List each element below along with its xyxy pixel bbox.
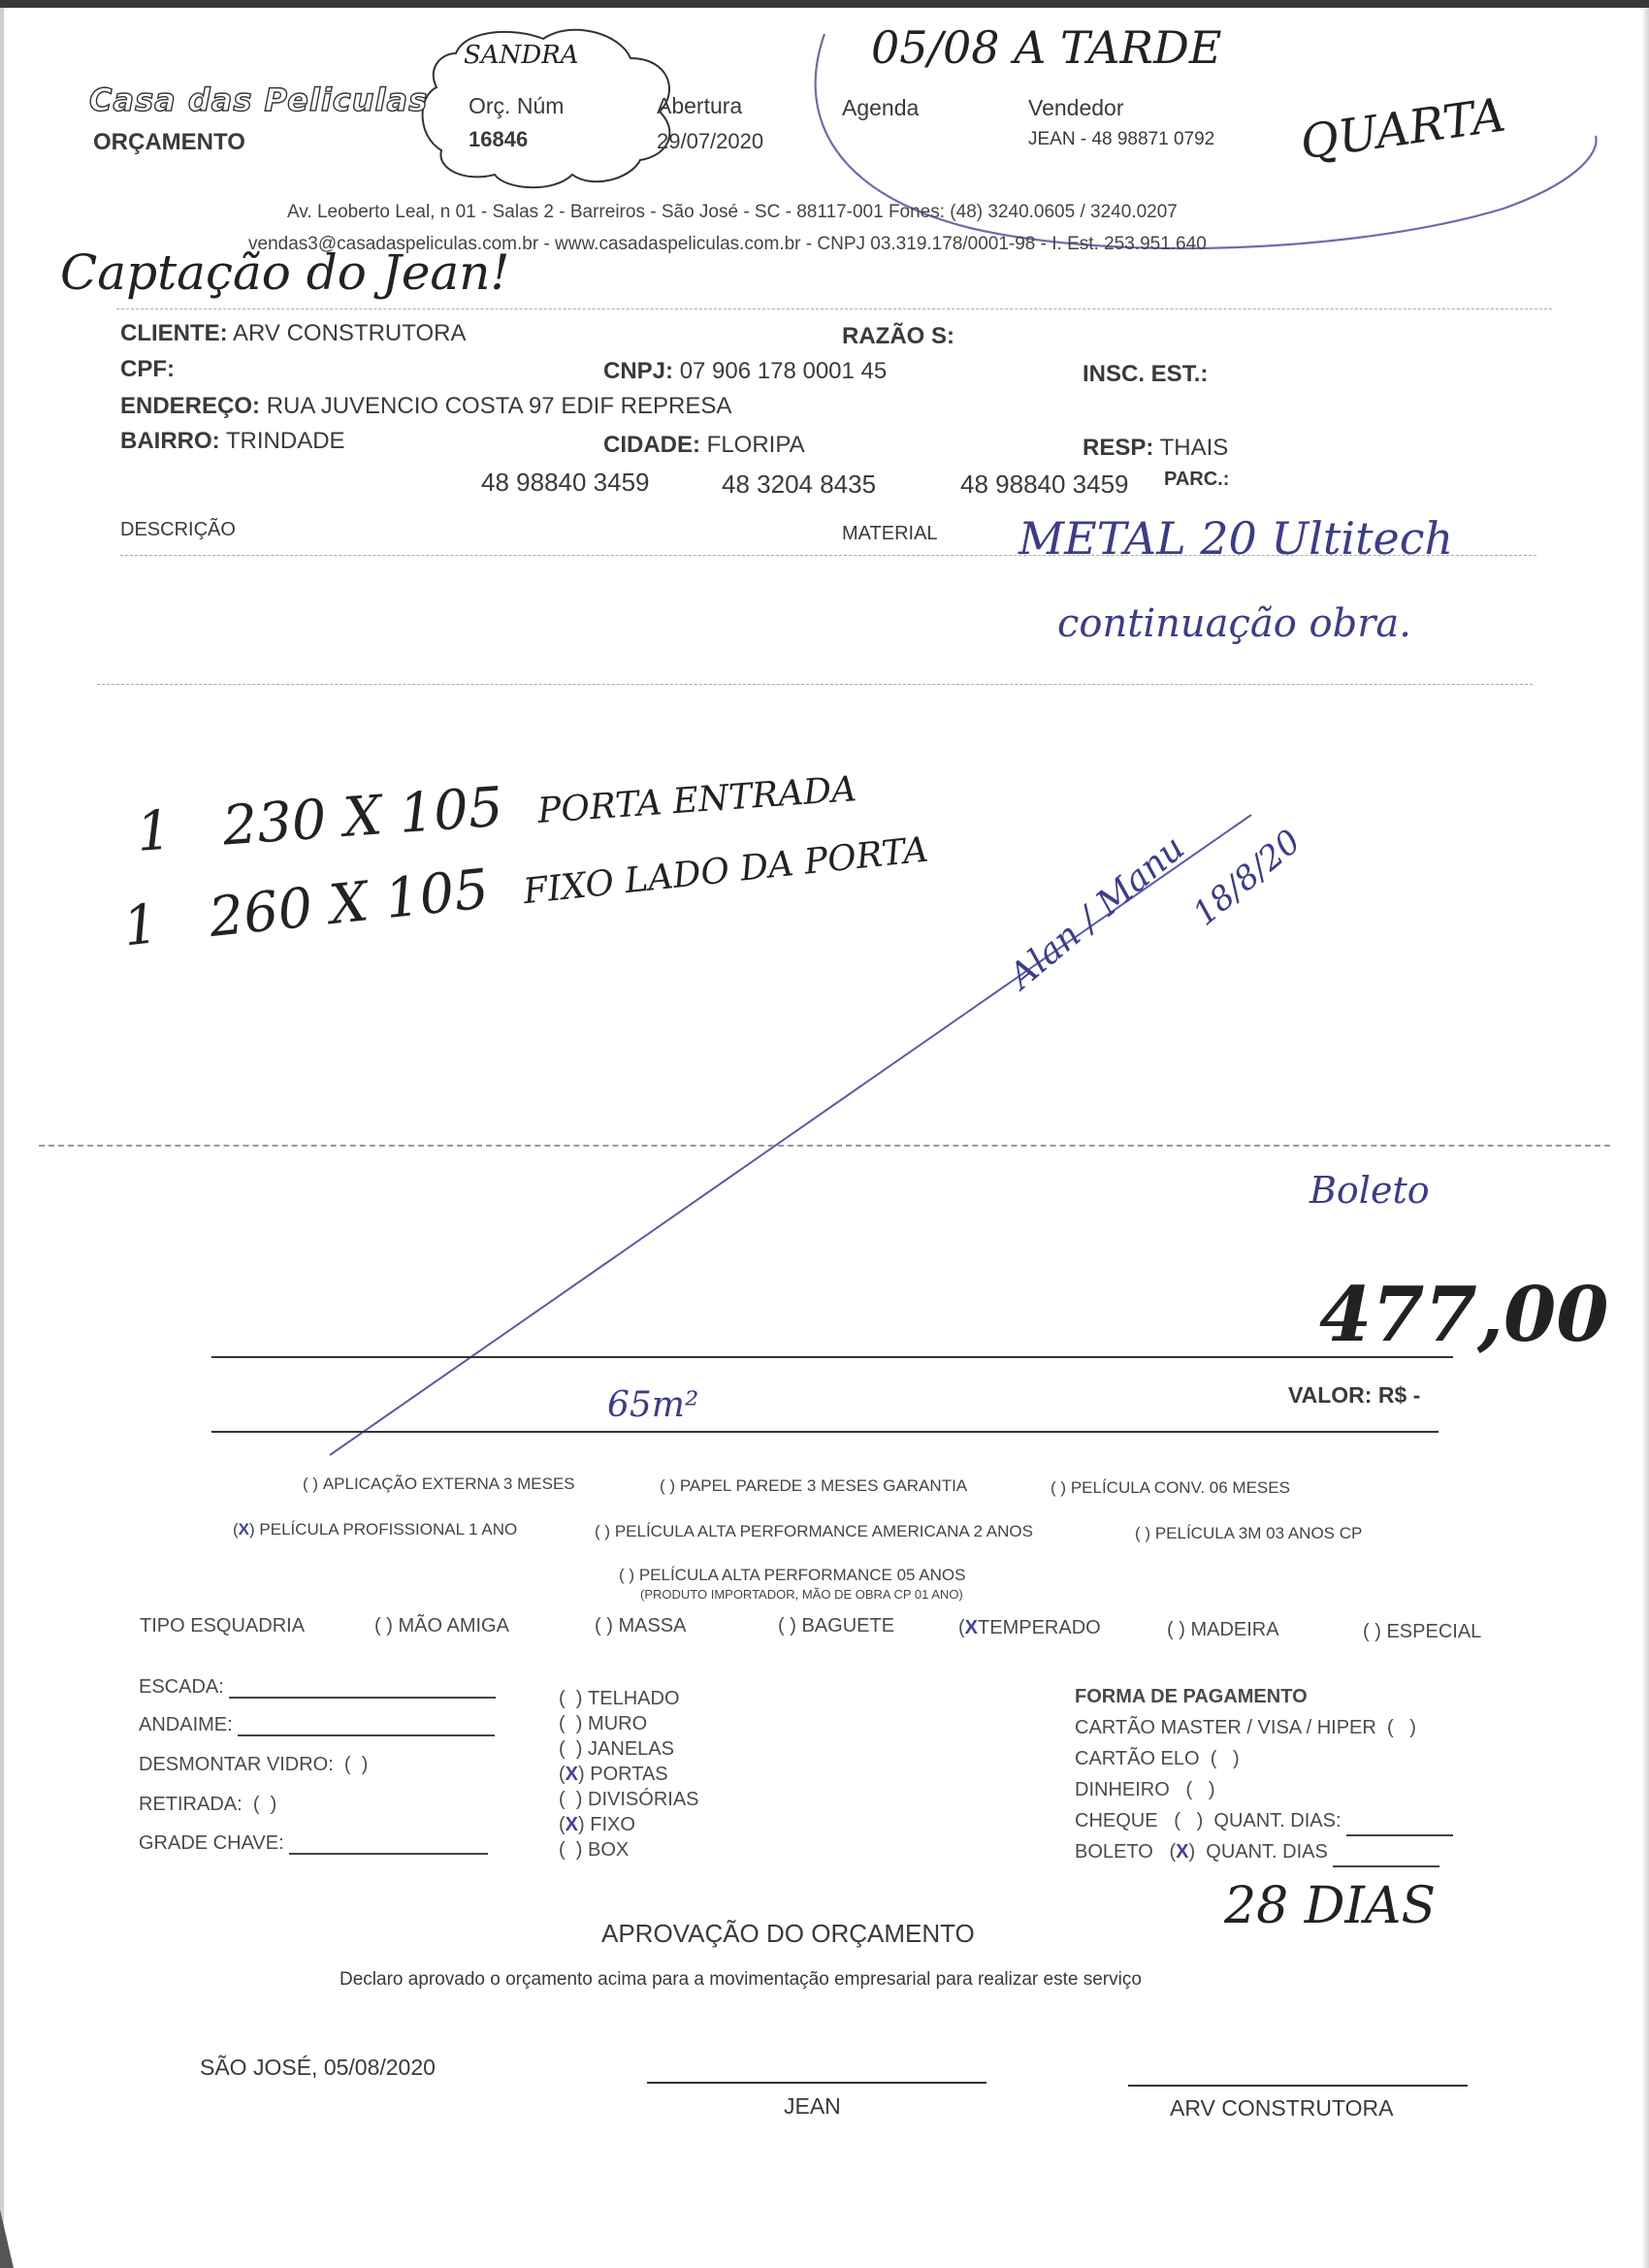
resp-label: RESP: [1083,435,1153,461]
cloud-note: SANDRA [464,41,579,70]
andaime-field[interactable]: ANDAIME: [139,1714,495,1736]
guarantee-note: (PRODUTO IMPORTADOR, MÃO DE OBRA CP 01 A… [640,1587,963,1602]
cnpj-label: CNPJ: [603,358,673,384]
scan-border-left [0,8,4,2268]
cidade-field: CIDADE: FLORIPA [603,432,805,459]
guarantee-option-checked[interactable]: (X) PELÍCULA PROFISSIONAL 1 ANO [233,1520,517,1539]
esquadria-option[interactable]: ( ) MÃO AMIGA [374,1615,509,1637]
retirada-field[interactable]: RETIRADA: ( ) [139,1794,276,1816]
check-mark: X [239,1520,249,1539]
item-desc: FIXO LADO DA PORTA [522,830,930,913]
endereco-value: RUA JUVENCIO COSTA 97 EDIF REPRESA [267,393,732,419]
escada-field[interactable]: ESCADA: [139,1676,496,1699]
material-note: METAL 20 Ultitech [1018,512,1453,565]
payment-section: FORMA DE PAGAMENTO CARTÃO MASTER / VISA … [1075,1681,1453,1867]
approval-statement: Declaro aprovado o orçamento acima para … [339,1969,1142,1991]
approval-title: APROVAÇÃO DO ORÇAMENTO [601,1919,975,1949]
guarantee-option[interactable]: ( ) PELÍCULA CONV. 06 MESES [1051,1478,1290,1498]
scan-border-right [1643,8,1649,2268]
endereco-label: ENDEREÇO: [120,393,260,419]
insc-est-label: INSC. EST.: [1083,361,1208,388]
place-date: SÃO JOSÉ, 05/08/2020 [200,2055,436,2081]
total-value: 477,00 [1319,1271,1609,1359]
document-type: ORÇAMENTO [93,129,245,156]
item-qty: 1 [135,799,174,864]
day-note: QUARTA [1297,87,1508,170]
cpf-label: CPF: [120,356,175,383]
bairro-value: TRINDADE [226,428,345,454]
company-address: Av. Leoberto Leal, n 01 - Salas 2 - Barr… [287,202,1178,223]
continuation-note: continuação obra. [1057,601,1411,646]
agenda-note: 05/08 A TARDE [871,21,1222,74]
phone-3: 48 98840 3459 [960,470,1129,500]
signer-client: ARV CONSTRUTORA [1170,2095,1393,2122]
esquadria-option-checked[interactable]: (XTEMPERADO [958,1617,1101,1639]
payment-title: FORMA DE PAGAMENTO [1075,1681,1453,1712]
orc-num-value: 16846 [469,127,528,152]
razao-label: RAZÃO S: [842,323,954,350]
location-option[interactable]: ( ) DIVISÓRIAS [559,1787,699,1812]
item-qty: 1 [120,892,161,958]
payment-option[interactable]: CHEQUE ( ) QUANT. DIAS: [1075,1805,1453,1836]
guarantee-option[interactable]: ( ) PELÍCULA ALTA PERFORMANCE AMERICANA … [595,1522,1033,1541]
esquadria-option[interactable]: ( ) ESPECIAL [1363,1621,1481,1643]
esquadria-option[interactable]: ( ) MADEIRA [1167,1619,1279,1641]
scan-border-top [0,0,1649,8]
signature-line-client [1128,2085,1468,2087]
payment-option[interactable]: CARTÃO MASTER / VISA / HIPER ( ) [1075,1712,1453,1743]
cnpj-field: CNPJ: 07 906 178 0001 45 [603,358,887,385]
cidade-label: CIDADE: [603,432,700,458]
phone-1: 48 98840 3459 [481,468,650,498]
payment-option[interactable]: DINHEIRO ( ) [1075,1774,1453,1805]
item-desc: PORTA ENTRADA [536,769,858,831]
location-option[interactable]: ( ) JANELAS [559,1736,699,1762]
bairro-field: BAIRRO: TRINDADE [120,428,345,455]
locations-list: ( ) TELHADO ( ) MURO ( ) JANELAS (X) POR… [559,1686,699,1863]
fold-line [39,1145,1610,1147]
esquadria-label: TIPO ESQUADRIA [140,1615,305,1637]
payment-option[interactable]: CARTÃO ELO ( ) [1075,1743,1453,1774]
vendedor-value: JEAN - 48 98871 0792 [1028,129,1214,150]
location-option[interactable]: ( ) MURO [559,1711,699,1736]
endereco-field: ENDEREÇO: RUA JUVENCIO COSTA 97 EDIF REP… [120,393,731,420]
guarantee-option[interactable]: ( ) PELÍCULA 3M 03 ANOS CP [1135,1524,1362,1543]
resp-value: THAIS [1160,435,1229,461]
captacao-note: Captação do Jean! [60,244,510,301]
location-option[interactable]: ( ) BOX [559,1837,699,1863]
item-size: 260 X 105 [206,858,491,950]
valor-label: VALOR: R$ - [1288,1382,1420,1409]
diagonal-date: 18/8/20 [1185,823,1308,934]
esquadria-option[interactable]: ( ) BAGUETE [778,1615,894,1637]
guarantee-option[interactable]: ( ) PAPEL PAREDE 3 MESES GARANTIA [660,1476,967,1496]
signature-line-seller [647,2082,986,2084]
parc-label: PARC.: [1164,469,1229,491]
vendedor-label: Vendedor [1028,95,1123,121]
cidade-value: FLORIPA [707,432,805,458]
abertura-label: Abertura [657,93,742,119]
location-option-checked[interactable]: (X) PORTAS [559,1762,699,1787]
descricao-label: DESCRIÇÃO [120,519,236,541]
company-logo: Casa das Peliculas [89,81,428,118]
orc-num-label: Orç. Núm [469,93,564,119]
scan-corner [0,2210,14,2268]
guarantee-option[interactable]: ( ) PELÍCULA ALTA PERFORMANCE 05 ANOS [619,1566,965,1585]
signer-seller: JEAN [784,2093,841,2120]
value-rule-bottom [211,1431,1439,1433]
desmontar-field[interactable]: DESMONTAR VIDRO: ( ) [139,1754,368,1776]
location-option-checked[interactable]: (X) FIXO [559,1812,699,1837]
agenda-label: Agenda [842,95,919,121]
resp-field: RESP: THAIS [1083,435,1228,462]
esquadria-option[interactable]: ( ) MASSA [595,1615,687,1637]
abertura-value: 29/07/2020 [657,129,763,154]
guarantee-option[interactable]: ( ) APLICAÇÃO EXTERNA 3 MESES [303,1474,575,1494]
payment-note: Boleto [1309,1169,1430,1212]
area-note: 65m² [607,1385,698,1425]
cliente-value: ARV CONSTRUTORA [233,320,466,346]
days-note: 28 DIAS [1224,1877,1436,1935]
location-option[interactable]: ( ) TELHADO [559,1686,699,1711]
phone-2: 48 3204 8435 [722,470,876,500]
check-mark: X [965,1617,978,1638]
cliente-field: CLIENTE: ARV CONSTRUTORA [120,320,467,347]
diagonal-note: Alan / Manu [1002,827,1192,996]
cliente-label: CLIENTE: [120,320,228,346]
value-rule-top [211,1356,1453,1358]
bairro-label: BAIRRO: [120,428,220,454]
cnpj-value: 07 906 178 0001 45 [680,358,888,384]
payment-option-checked[interactable]: BOLETO (X) QUANT. DIAS [1075,1836,1453,1867]
header-divider [116,308,1552,309]
grade-chave-field[interactable]: GRADE CHAVE: [139,1832,488,1855]
material-label: MATERIAL [842,523,938,545]
description-divider-2 [97,684,1533,685]
item-size: 230 X 105 [220,776,504,859]
